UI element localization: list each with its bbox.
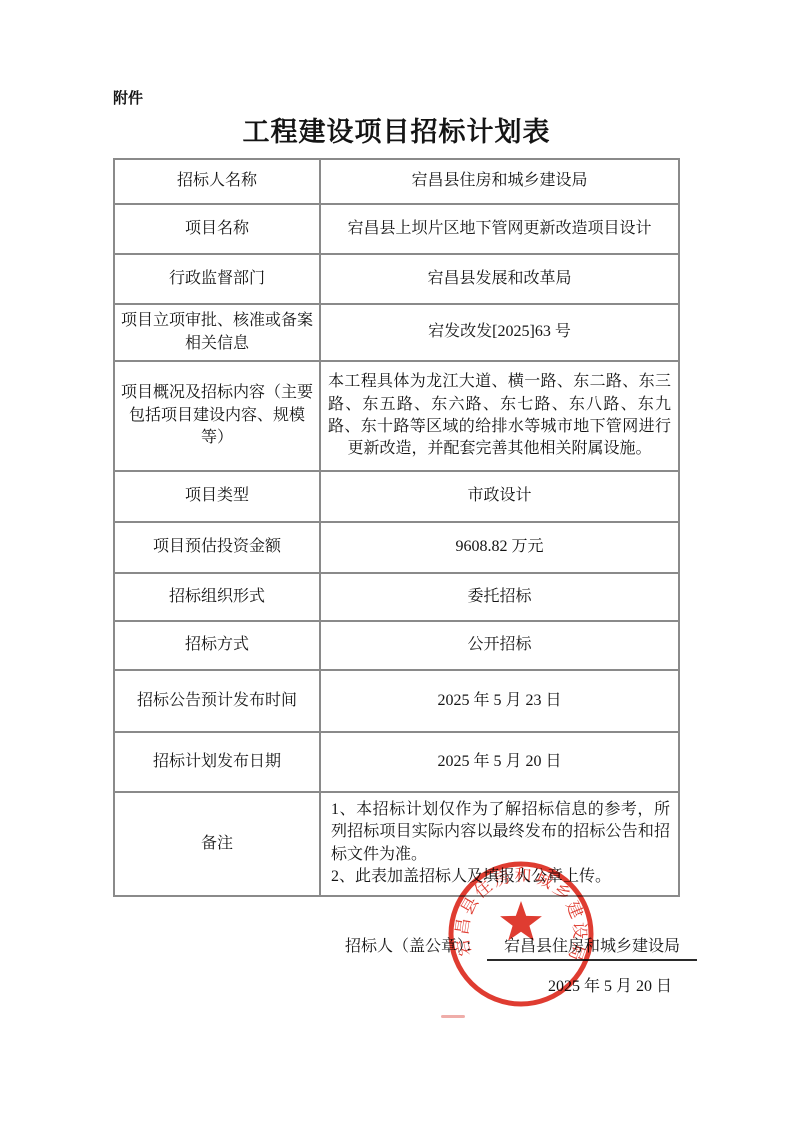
table-row: 项目立项审批、核准或备案相关信息 宕发改发[2025]63 号 bbox=[114, 304, 679, 361]
row-label: 招标人名称 bbox=[114, 159, 320, 204]
row-label: 项目概况及招标内容（主要包括项目建设内容、规模等） bbox=[114, 361, 320, 471]
row-value: 宕昌县住房和城乡建设局 bbox=[320, 159, 679, 204]
page-title: 工程建设项目招标计划表 bbox=[0, 110, 793, 149]
row-label: 招标组织形式 bbox=[114, 573, 320, 621]
row-value: 本工程具体为龙江大道、横一路、东二路、东三路、东五路、东六路、东七路、东八路、东… bbox=[320, 361, 679, 471]
row-label: 项目预估投资金额 bbox=[114, 522, 320, 573]
row-label: 招标方式 bbox=[114, 621, 320, 670]
note-line-1: 1、本招标计划仅作为了解招标信息的参考，所列招标项目实际内容以最终发布的招标公告… bbox=[331, 799, 670, 866]
tender-plan-table: 招标人名称 宕昌县住房和城乡建设局 项目名称 宕昌县上坝片区地下管网更新改造项目… bbox=[113, 158, 680, 897]
table-row: 项目概况及招标内容（主要包括项目建设内容、规模等） 本工程具体为龙江大道、横一路… bbox=[114, 361, 679, 471]
table-row: 招标方式 公开招标 bbox=[114, 621, 679, 670]
row-value: 宕发改发[2025]63 号 bbox=[320, 304, 679, 361]
row-label: 备注 bbox=[114, 792, 320, 896]
table-row: 项目类型 市政设计 bbox=[114, 471, 679, 522]
row-value: 市政设计 bbox=[320, 471, 679, 522]
row-label: 行政监督部门 bbox=[114, 254, 320, 304]
row-value: 9608.82 万元 bbox=[320, 522, 679, 573]
seal-star-icon bbox=[500, 901, 542, 941]
row-value: 宕昌县发展和改革局 bbox=[320, 254, 679, 304]
row-label: 项目名称 bbox=[114, 204, 320, 254]
table-row: 项目名称 宕昌县上坝片区地下管网更新改造项目设计 bbox=[114, 204, 679, 254]
row-value: 宕昌县上坝片区地下管网更新改造项目设计 bbox=[320, 204, 679, 254]
row-label: 招标计划发布日期 bbox=[114, 732, 320, 792]
row-label: 项目类型 bbox=[114, 471, 320, 522]
row-label: 项目立项审批、核准或备案相关信息 bbox=[114, 304, 320, 361]
row-value: 2025 年 5 月 23 日 bbox=[320, 670, 679, 732]
table-row: 招标人名称 宕昌县住房和城乡建设局 bbox=[114, 159, 679, 204]
table-row: 项目预估投资金额 9608.82 万元 bbox=[114, 522, 679, 573]
row-value: 2025 年 5 月 20 日 bbox=[320, 732, 679, 792]
seal-smudge bbox=[441, 1015, 465, 1018]
table-row: 行政监督部门 宕昌县发展和改革局 bbox=[114, 254, 679, 304]
document-page: 附件 工程建设项目招标计划表 招标人名称 宕昌县住房和城乡建设局 项目名称 宕昌… bbox=[0, 0, 793, 1122]
seal-ring bbox=[451, 864, 591, 1004]
table-row: 招标组织形式 委托招标 bbox=[114, 573, 679, 621]
official-seal: 宕昌县住房和城乡建设局 bbox=[446, 859, 596, 1009]
row-value: 公开招标 bbox=[320, 621, 679, 670]
row-label: 招标公告预计发布时间 bbox=[114, 670, 320, 732]
row-value: 委托招标 bbox=[320, 573, 679, 621]
attachment-label: 附件 bbox=[113, 87, 143, 108]
table-row: 招标公告预计发布时间 2025 年 5 月 23 日 bbox=[114, 670, 679, 732]
table-row: 招标计划发布日期 2025 年 5 月 20 日 bbox=[114, 732, 679, 792]
